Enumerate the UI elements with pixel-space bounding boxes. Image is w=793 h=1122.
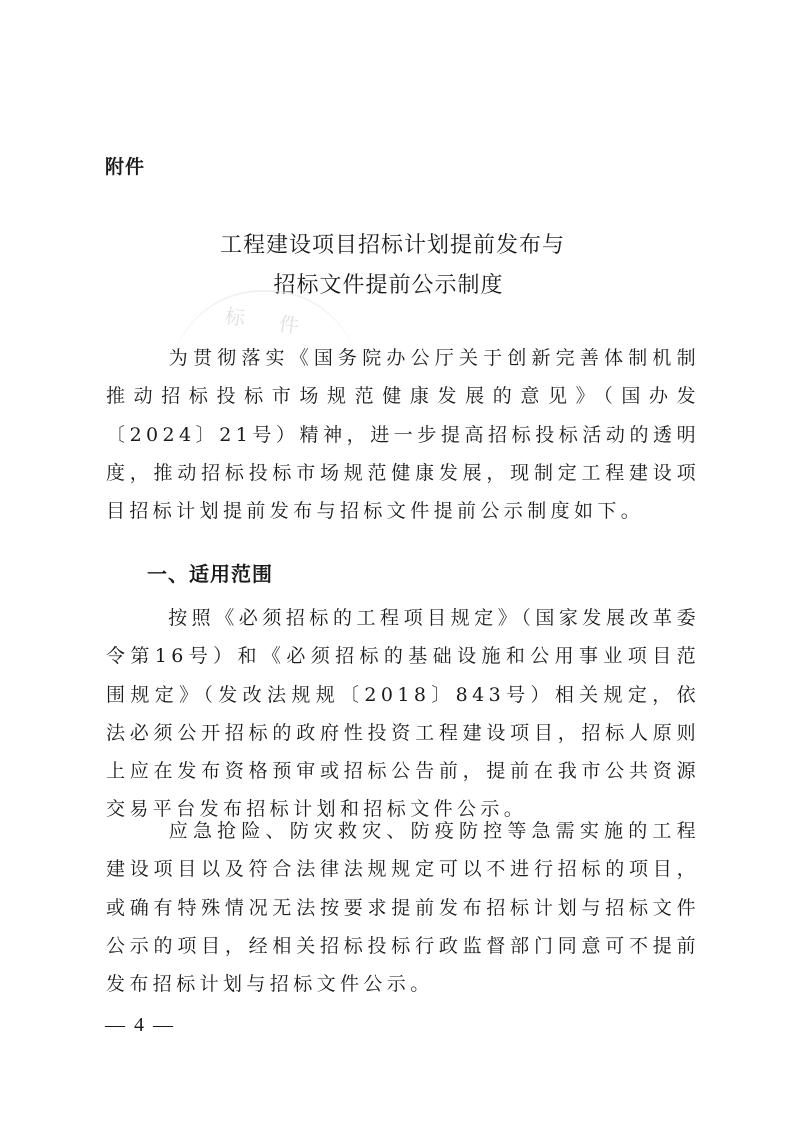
attachment-label: 附件 [105, 152, 145, 179]
scope-paragraph-1: 按照《必须招标的工程项目规定》（国家发展改革委令第16号）和《必须招标的基础设施… [106, 599, 700, 829]
scope-paragraph-2: 应急抢险、防灾救灾、防疫防控等急需实施的工程建设项目以及符合法律法规规定可以不进… [106, 812, 700, 1003]
intro-paragraph: 为贯彻落实《国务院办公厅关于创新完善体制机制推动招标投标市场规范健康发展的意见》… [106, 339, 700, 530]
document-title-line-2: 招标文件提前公示制度 [0, 268, 785, 299]
page-number: — 4 — [105, 1014, 175, 1037]
scope-paragraph-1-text: 按照《必须招标的工程项目规定》（国家发展改革委令第16号）和《必须招标的基础设施… [106, 607, 700, 820]
scope-paragraph-2-text: 应急抢险、防灾救灾、防疫防控等急需实施的工程建设项目以及符合法律法规规定可以不进… [106, 820, 700, 995]
section-heading-scope: 一、适用范围 [147, 558, 273, 587]
document-title-line-1: 工程建设项目招标计划提前发布与 [0, 228, 789, 259]
document-page: 附件 工程建设项目招标计划提前发布与 招标文件提前公示制度 标 件 为贯彻落实《… [0, 0, 793, 1122]
intro-paragraph-text: 为贯彻落实《国务院办公厅关于创新完善体制机制推动招标投标市场规范健康发展的意见》… [106, 347, 700, 522]
